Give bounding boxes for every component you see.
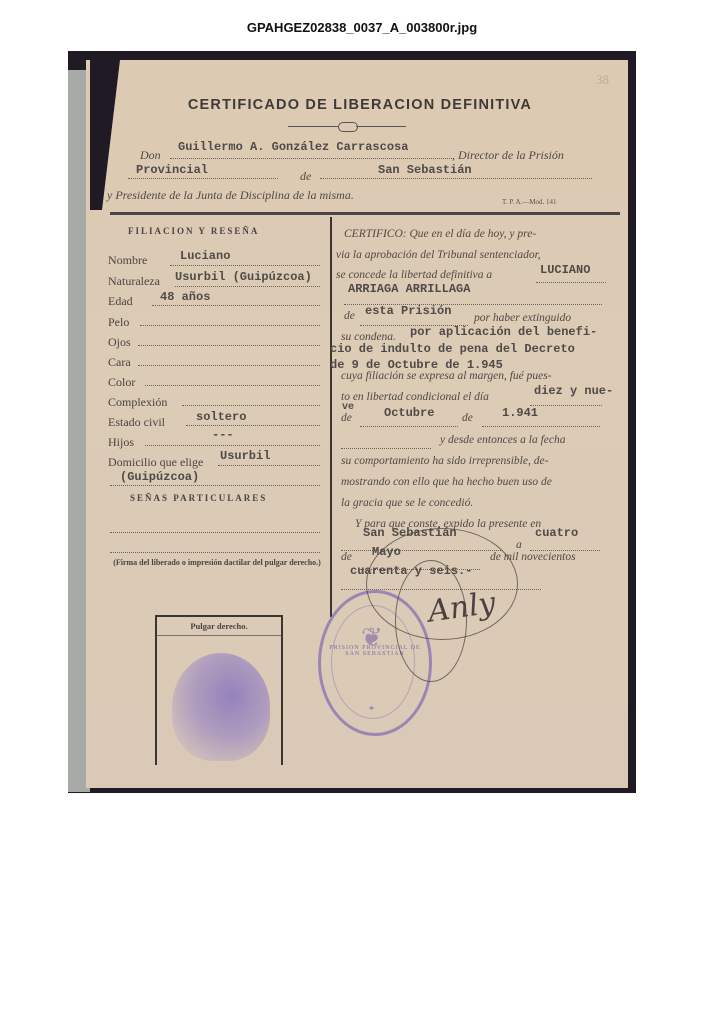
- form-code: T. P. A.—Mod. 141: [502, 198, 557, 206]
- cert-name-part1: LUCIANO: [540, 263, 590, 277]
- file-title: GPAHGEZ02838_0037_A_003800r.jpg: [0, 20, 724, 35]
- field-label-naturaleza: Naturaleza: [108, 274, 160, 289]
- cert-line-1: CERTIFICO: Que en el día de hoy, y pre-: [344, 224, 602, 246]
- stamp-star-icon: *: [369, 705, 374, 716]
- cert-day-1: diez y nue-: [534, 384, 613, 398]
- president-line: y Presidente de la Junta de Disciplina d…: [107, 188, 354, 203]
- field-line-pelo: [140, 313, 320, 326]
- signature-note: (Firma del liberado o impresión dactilar…: [108, 557, 326, 568]
- field-label-edad: Edad: [108, 294, 133, 309]
- cert-reason-1: por aplicación del benefi-: [410, 325, 597, 339]
- prison-type: Provincial: [136, 163, 208, 177]
- cert-de-label: de: [344, 306, 355, 328]
- field-label-estado-civil: Estado civil: [108, 415, 165, 430]
- thumbprint: [172, 653, 270, 761]
- senas-heading: SEÑAS PARTICULARES: [130, 493, 267, 503]
- field-label-color: Color: [108, 375, 135, 390]
- director-name: Guillermo A. González Carrascosa: [178, 140, 408, 154]
- field-value-edad: 48 años: [160, 290, 210, 304]
- director-suffix: , Director de la Prisión: [452, 148, 564, 163]
- cert-de-label-3: de: [462, 408, 473, 430]
- field-line-color: [145, 373, 320, 386]
- field-label-nombre: Nombre: [108, 253, 147, 268]
- field-line-ojos: [138, 333, 320, 346]
- don-label: Don: [140, 148, 161, 163]
- title-ornament: [288, 122, 406, 132]
- cert-gracia: la gracia que se le concedió.: [341, 493, 599, 515]
- field-value-nombre: Luciano: [180, 249, 230, 263]
- document-title: CERTIFICADO DE LIBERACION DEFINITIVA: [140, 97, 580, 113]
- cert-name-part2: ARRIAGA ARRILLAGA: [348, 282, 470, 296]
- field-label-hijos: Hijos: [108, 435, 134, 450]
- prison-city: San Sebastián: [378, 163, 472, 177]
- field-value-estado-civil: soltero: [196, 410, 246, 424]
- field-value-domicilio: Usurbil: [220, 449, 270, 463]
- field-label-pelo: Pelo: [108, 315, 129, 330]
- field-label-complexion: Complexión: [108, 395, 167, 410]
- page-number: 38: [596, 72, 609, 88]
- cert-comportamiento: su comportamiento ha sido irreprensible,…: [341, 451, 599, 473]
- cert-year-line: [482, 414, 600, 427]
- cert-issue-day: cuatro: [535, 526, 578, 540]
- cert-blank-line: [341, 436, 431, 449]
- thumb-label: Pulgar derecho.: [157, 617, 281, 636]
- field-value-domicilio-2: (Guipúzcoa): [120, 470, 199, 484]
- field-line-cara: [138, 353, 320, 366]
- header-rule: [110, 212, 620, 215]
- senas-line-2: [110, 540, 320, 553]
- field-label-ojos: Ojos: [108, 335, 131, 350]
- field-label-domicilio: Domicilio que elige: [108, 455, 203, 470]
- field-value-hijos: ---: [212, 428, 234, 442]
- field-line-complexion: [182, 393, 320, 406]
- header-de-label: de: [300, 169, 311, 184]
- field-label-cara: Cara: [108, 355, 131, 370]
- cert-desde: y desde entonces a la fecha: [440, 430, 566, 452]
- senas-line-1: [110, 520, 320, 533]
- cert-year: 1.941: [502, 406, 538, 420]
- cert-de-label-2: de: [341, 408, 352, 430]
- cert-mostrando: mostrando con ello que ha hecho buen uso…: [341, 472, 599, 494]
- cert-place: esta Prisión: [365, 304, 451, 318]
- filiacion-heading: FILIACION Y RESEÑA: [128, 226, 259, 236]
- thumbprint-box: Pulgar derecho.: [155, 615, 283, 765]
- column-divider: [330, 217, 332, 617]
- cert-month: Octubre: [384, 406, 434, 420]
- field-value-naturaleza: Usurbil (Guipúzcoa): [175, 270, 312, 284]
- cert-reason-2: cio de indulto de pena del Decreto: [330, 342, 575, 356]
